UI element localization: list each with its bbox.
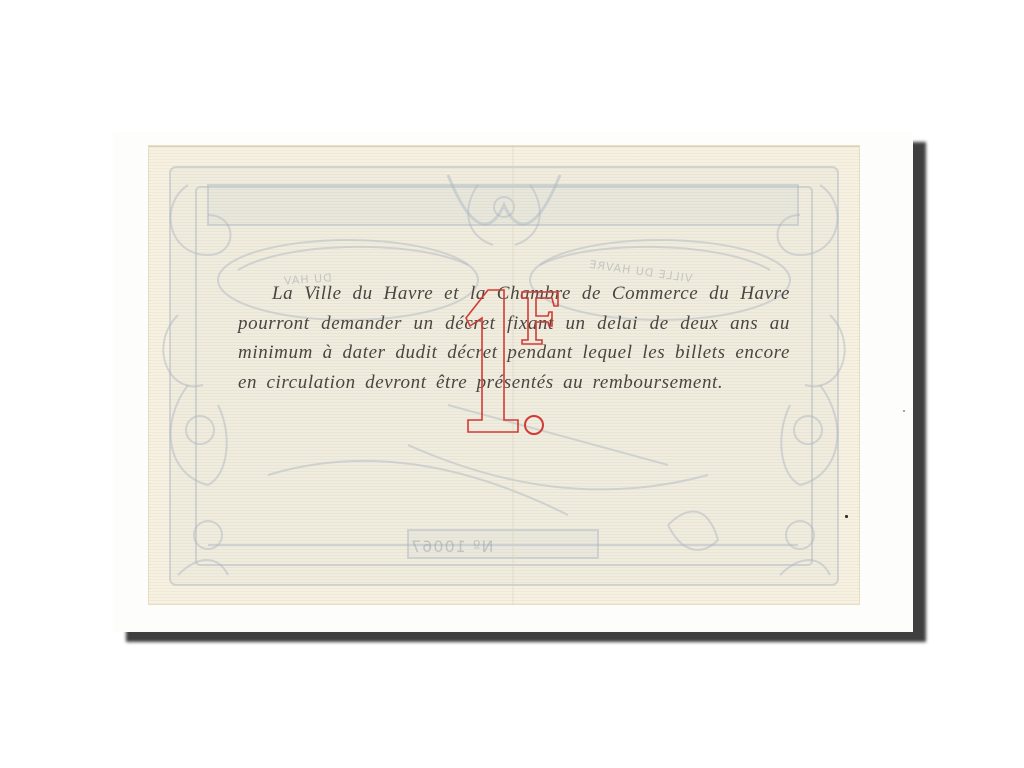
mount-speck: [903, 410, 905, 412]
serial-digits: 10067: [410, 537, 466, 556]
banknote: DU HAV VILLE DU HAVRE Nº 10067 La Ville …: [148, 145, 860, 605]
note-text: La Ville du Havre et la Chambre de Comme…: [238, 279, 790, 397]
serial-number-mirrored: Nº 10067: [410, 537, 494, 556]
serial-prefix: Nº: [472, 537, 494, 556]
paper-speck: [845, 515, 848, 518]
photo-stage: DU HAV VILLE DU HAVRE Nº 10067 La Ville …: [0, 0, 1024, 768]
note-paragraph: La Ville du Havre et la Chambre de Comme…: [238, 283, 790, 393]
